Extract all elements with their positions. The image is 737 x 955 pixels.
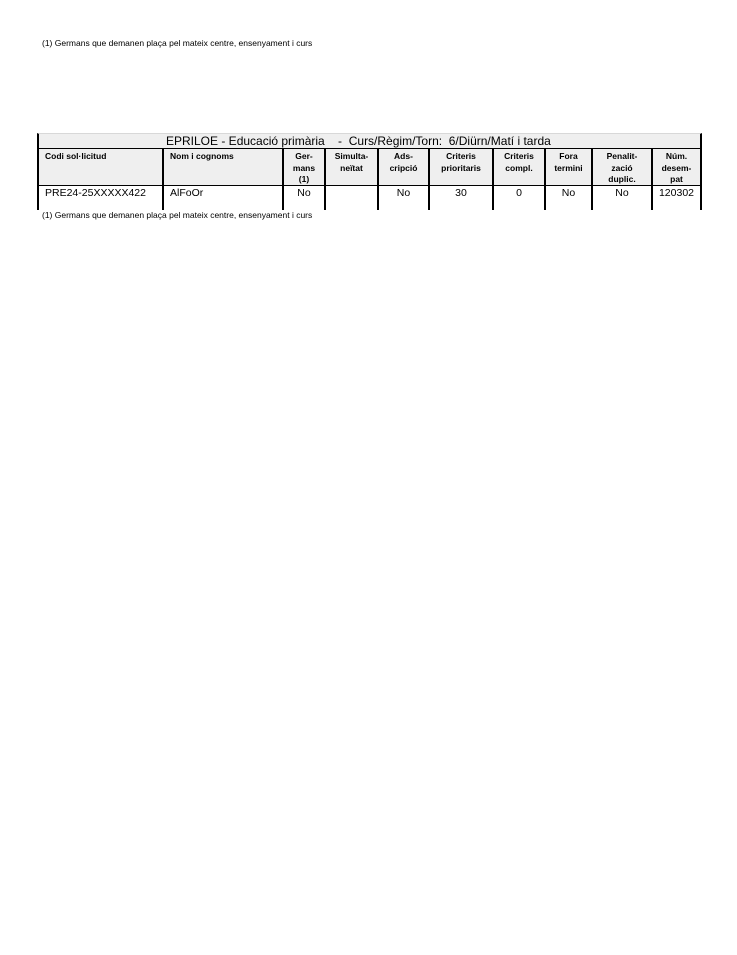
header-num-desempat: Núm. desem- pat — [651, 149, 702, 185]
cell-codi-sollicitud: PRE24-25XXXXX422 — [37, 186, 162, 210]
header-nom-cognoms: Nom i cognoms — [162, 149, 282, 185]
cell-germans: No — [282, 186, 324, 210]
footnote-bottom: (1) Germans que demanen plaça pel mateix… — [42, 210, 312, 220]
cell-adscripcio: No — [377, 186, 428, 210]
header-adscripcio: Ads- cripció — [377, 149, 428, 185]
cell-simultaneitat — [324, 186, 377, 210]
table-header-row: Codi sol·licitud Nom i cognoms Ger- mans… — [37, 148, 702, 186]
header-criteris-compl: Criteris compl. — [492, 149, 544, 185]
cell-penalitzacio-duplic: No — [591, 186, 651, 210]
cell-num-desempat: 120302 — [651, 186, 702, 210]
header-penalitzacio-duplic: Penalit- zació duplic. — [591, 149, 651, 185]
table-title-row: EPRILOE - Educació primària - Curs/Règim… — [37, 133, 702, 148]
header-fora-termini: Fora termini — [544, 149, 591, 185]
cell-criteris-prioritaris: 30 — [428, 186, 492, 210]
footnote-top: (1) Germans que demanen plaça pel mateix… — [42, 38, 312, 48]
table-row: PRE24-25XXXXX422 AlFoOr No No 30 0 No No… — [37, 186, 702, 210]
admissions-table: EPRILOE - Educació primària - Curs/Règim… — [37, 133, 702, 210]
table-title: EPRILOE - Educació primària - Curs/Règim… — [166, 134, 551, 148]
header-simultaneitat: Simulta- neïtat — [324, 149, 377, 185]
header-codi-sollicitud: Codi sol·licitud — [37, 149, 162, 185]
cell-criteris-compl: 0 — [492, 186, 544, 210]
header-germans: Ger- mans (1) — [282, 149, 324, 185]
cell-fora-termini: No — [544, 186, 591, 210]
header-criteris-prioritaris: Criteris prioritaris — [428, 149, 492, 185]
cell-nom-cognoms: AlFoOr — [162, 186, 282, 210]
